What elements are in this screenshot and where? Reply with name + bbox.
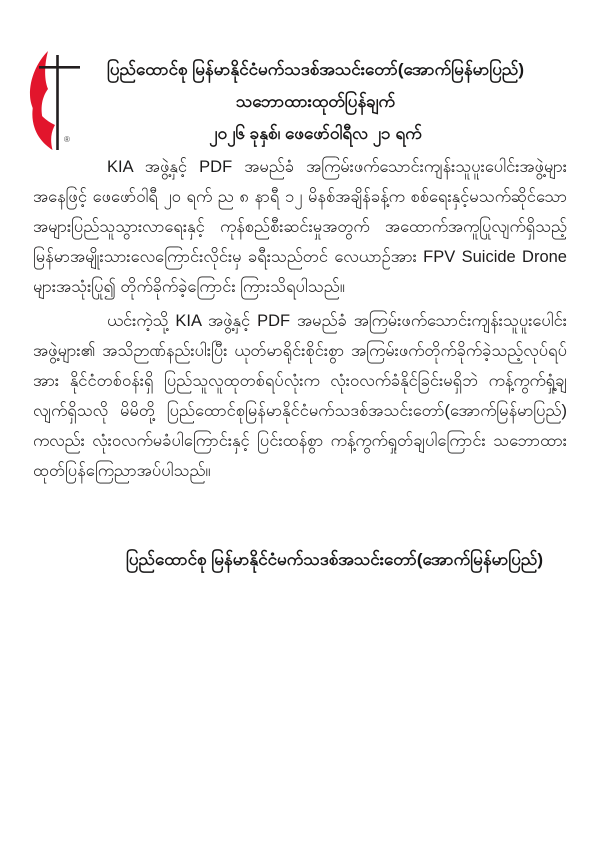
statement-body: KIA အဖွဲ့နှင့် PDF အမည်ခံ အကြမ်းဖက်သောင်… [33, 152, 567, 486]
paragraph-2: ယင်းကဲ့သို့ KIA အဖွဲ့နှင့် PDF အမည်ခံ အက… [33, 306, 567, 486]
organization-name: ပြည်ထောင်စု မြန်မာနိုင်ငံမက်သဒစ်အသင်းတော… [56, 54, 575, 86]
paragraph-1: KIA အဖွဲ့နှင့် PDF အမည်ခံ အကြမ်းဖက်သောင်… [33, 152, 567, 302]
statement-title: သဘောထားထုတ်ပြန်ချက် [56, 86, 575, 118]
document-header: ပြည်ထောင်စု မြန်မာနိုင်ငံမက်သဒစ်အသင်းတော… [56, 54, 575, 150]
signature-organization-line: ပြည်ထောင်စု မြန်မာနိုင်ငံမက်သဒစ်အသင်းတော… [0, 549, 593, 574]
statement-document-page: ® ပြည်ထောင်စု မြန်မာနိုင်ငံမက်သဒစ်အသင်းတ… [0, 0, 593, 864]
statement-date: ၂၀၂၆ ခုနှစ်၊ ဖေဖော်ဝါရီလ ၂၁ ရက် [56, 118, 575, 150]
